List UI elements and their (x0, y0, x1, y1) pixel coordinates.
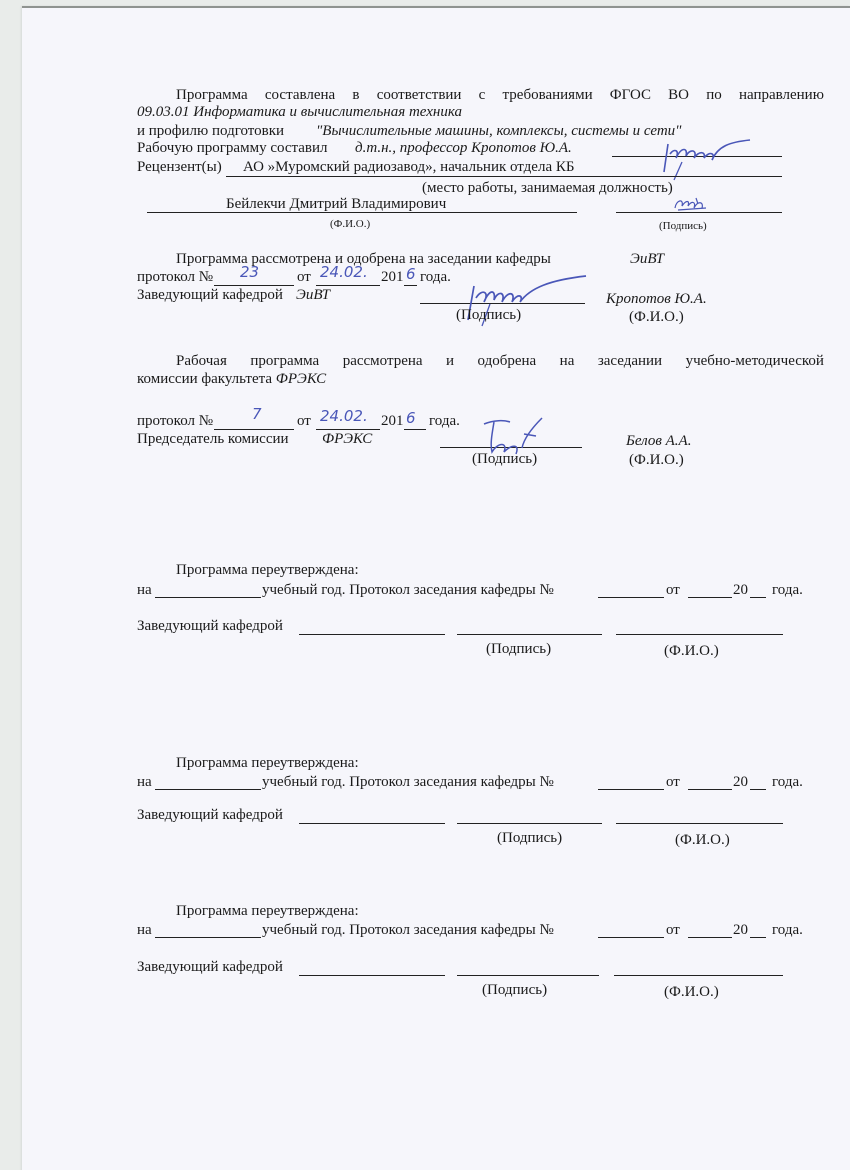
year-digit-line (404, 285, 417, 286)
word: требованиями (503, 87, 593, 104)
reviewer-line (226, 176, 782, 177)
year-digit: 6 (406, 410, 416, 427)
date-field[interactable] (688, 597, 732, 598)
word: одобрена (478, 353, 537, 370)
reviewer-name: Бейлекчи Дмитрий Владимирович (226, 196, 446, 213)
academic-year-field[interactable] (155, 789, 261, 790)
year-suffix: года. (772, 774, 803, 791)
author-label: Рабочую программу составил (137, 140, 328, 157)
year-field[interactable] (750, 789, 766, 790)
date-label: от (297, 413, 311, 430)
chair-faculty: ФРЭКС (322, 431, 372, 448)
year-suffix: года. (420, 269, 451, 286)
sign-caption: (Подпись) (659, 218, 707, 235)
year-prefix: 201 (381, 269, 404, 286)
author-value: д.т.н., профессор Кропотов Ю.А. (355, 140, 572, 157)
fio-caption: (Ф.И.О.) (664, 643, 719, 660)
year-field[interactable] (750, 597, 766, 598)
word: составлена (265, 87, 335, 104)
protocol-label: протокол № (137, 413, 213, 430)
date-line (316, 429, 380, 430)
fio-caption: (Ф.И.О.) (629, 309, 684, 326)
reviewer-caption: (место работы, занимаемая должность) (422, 180, 673, 197)
word: ФГОС (610, 87, 651, 104)
word: программа (250, 353, 319, 370)
fio-field[interactable] (616, 634, 783, 635)
head-label: Заведующий кафедрой (137, 618, 283, 635)
year-suffix: года. (772, 582, 803, 599)
protocol-number-field[interactable] (598, 937, 664, 938)
protocol-label: протокол № (137, 269, 213, 286)
signature-field[interactable] (457, 975, 599, 976)
reapproval-title: Программа переутверждена: (176, 903, 359, 920)
chair-name: Белов А.А. (626, 433, 691, 450)
year-prefix: 20 (733, 922, 748, 939)
head-field[interactable] (299, 975, 445, 976)
word: направлению (739, 87, 824, 104)
word: рассмотрена (343, 353, 423, 370)
protocol-number: 23 (240, 264, 259, 281)
department-name: ЭиВТ (630, 251, 664, 268)
protocol-number-field[interactable] (598, 597, 664, 598)
protocol-number-field[interactable] (598, 789, 664, 790)
word: Рабочая (176, 353, 227, 370)
word: Программа (176, 87, 248, 104)
signature-field[interactable] (457, 634, 602, 635)
signature-field[interactable] (457, 823, 602, 824)
protocol-number-line (214, 285, 294, 286)
word: в (352, 87, 359, 104)
sign-caption: (Подпись) (486, 641, 551, 658)
word: учебно-методической (686, 353, 824, 370)
fio-caption: (Ф.И.О.) (664, 984, 719, 1001)
head-name: Кропотов Ю.А. (606, 291, 707, 308)
protocol-number: 7 (252, 406, 262, 423)
sign-caption: (Подпись) (456, 307, 521, 324)
on-label: на (137, 582, 152, 599)
reapproval-title: Программа переутверждена: (176, 562, 359, 579)
academic-year-field[interactable] (155, 597, 261, 598)
date-label: от (297, 269, 311, 286)
fio-caption: (Ф.И.О.) (330, 216, 370, 233)
sign-caption: (Подпись) (482, 982, 547, 999)
fio-caption: (Ф.И.О.) (629, 452, 684, 469)
fio-field[interactable] (614, 975, 783, 976)
on-label: на (137, 922, 152, 939)
date-field[interactable] (688, 789, 732, 790)
reapproval-title: Программа переутверждена: (176, 755, 359, 772)
commission-label: комиссии факультета (137, 371, 272, 387)
sign-caption: (Подпись) (472, 451, 537, 468)
academic-year-field[interactable] (155, 937, 261, 938)
head-field[interactable] (299, 634, 445, 635)
author-signature (660, 132, 755, 182)
reviewer-value: АО »Муромский радиозавод», начальник отд… (243, 159, 574, 176)
word: соответствии (377, 87, 462, 104)
faculty-name: ФРЭКС (276, 371, 326, 387)
protocol-text: учебный год. Протокол заседания кафедры … (262, 582, 554, 599)
date-label: от (666, 582, 680, 599)
date-value: 24.02. (320, 408, 368, 425)
word: с (479, 87, 486, 104)
on-label: на (137, 774, 152, 791)
reviewer-label: Рецензент(ы) (137, 159, 222, 176)
year-suffix: года. (772, 922, 803, 939)
word: заседании (598, 353, 662, 370)
head-label: Заведующий кафедрой (137, 959, 283, 976)
chair-label: Председатель комиссии (137, 431, 289, 448)
commission-line2: комиссии факультета ФРЭКС (137, 371, 326, 388)
profile-label: и профилю подготовки (137, 123, 284, 140)
commission-line1: Рабочая программа рассмотрена и одобрена… (176, 353, 824, 370)
head-field[interactable] (299, 823, 445, 824)
protocol-text: учебный год. Протокол заседания кафедры … (262, 774, 554, 791)
head-label: Заведующий кафедрой (137, 287, 283, 304)
word: ВО (668, 87, 689, 104)
year-prefix: 20 (733, 582, 748, 599)
sign-caption: (Подпись) (497, 830, 562, 847)
date-line (316, 285, 380, 286)
word: на (560, 353, 575, 370)
word: и (446, 353, 454, 370)
year-digit: 6 (406, 266, 416, 283)
year-suffix: года. (429, 413, 460, 430)
year-digit-line (404, 429, 426, 430)
header-line1: Программа составлена в соответствии с тр… (176, 87, 824, 104)
direction-code: 09.03.01 Информатика и вычислительная те… (137, 104, 462, 121)
profile-value: "Вычислительные машины, комплексы, систе… (316, 123, 681, 140)
head-label: Заведующий кафедрой (137, 807, 283, 824)
head-department: ЭиВТ (296, 287, 330, 304)
reviewer-signature (672, 194, 712, 214)
fio-field[interactable] (616, 823, 783, 824)
date-label: от (666, 774, 680, 791)
word: по (706, 87, 722, 104)
year-field[interactable] (750, 937, 766, 938)
fio-caption: (Ф.И.О.) (675, 832, 730, 849)
date-label: от (666, 922, 680, 939)
date-value: 24.02. (320, 264, 368, 281)
protocol-number-line (214, 429, 294, 430)
protocol-text: учебный год. Протокол заседания кафедры … (262, 922, 554, 939)
date-field[interactable] (688, 937, 732, 938)
year-prefix: 201 (381, 413, 404, 430)
year-prefix: 20 (733, 774, 748, 791)
